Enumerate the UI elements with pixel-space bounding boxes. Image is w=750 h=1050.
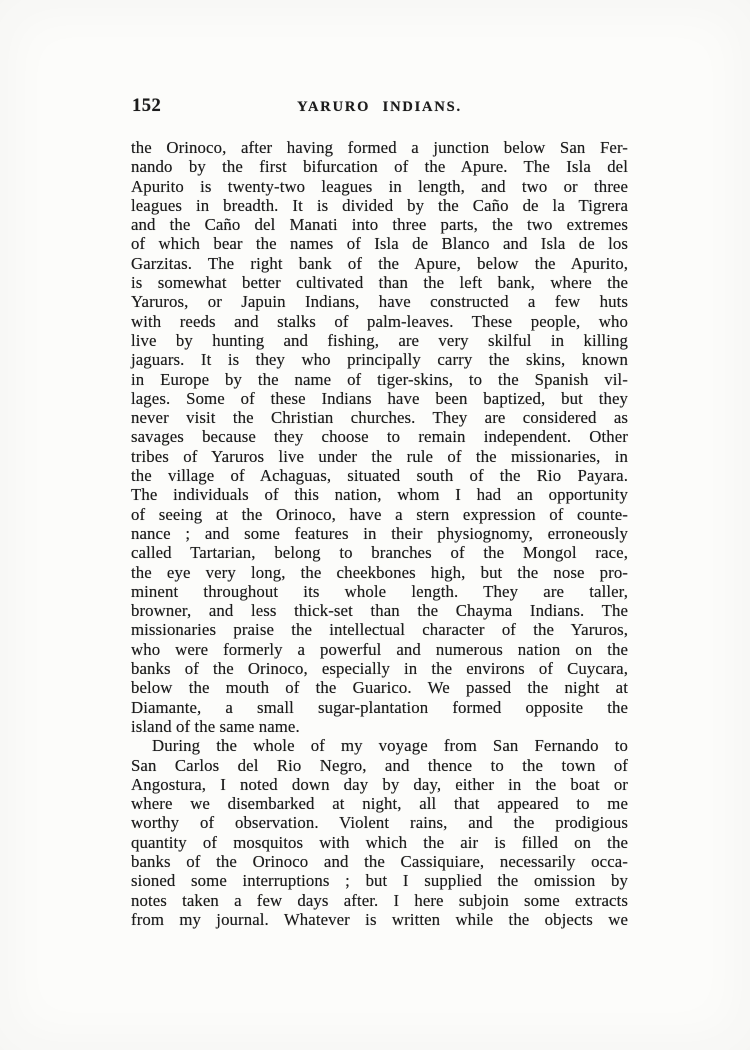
text-line: of which bear the names of Isla de Blanc… xyxy=(131,234,628,253)
text-line: The individuals of this nation, whom I h… xyxy=(131,485,628,504)
text-line: browner, and less thick-set than the Cha… xyxy=(131,601,628,620)
text-line: is somewhat better cultivated than the l… xyxy=(131,273,628,292)
paragraph: the Orinoco, after having formed a junct… xyxy=(131,138,628,736)
text-line: Garzitas. The right bank of the Apure, b… xyxy=(131,254,628,273)
text-line: nance ; and some features in their physi… xyxy=(131,524,628,543)
text-line: in Europe by the name of tiger-skins, to… xyxy=(131,370,628,389)
text-line: who were formerly a powerful and numerou… xyxy=(131,640,628,659)
text-line: sioned some interruptions ; but I suppli… xyxy=(131,871,628,890)
text-line: called Tartarian, belong to branches of … xyxy=(131,543,628,562)
text-line: missionaries praise the intellectual cha… xyxy=(131,620,628,639)
text-line: tribes of Yaruros live under the rule of… xyxy=(131,447,628,466)
running-header: YARURO INDIANS. xyxy=(131,96,628,116)
text-line: the village of Achaguas, situated south … xyxy=(131,466,628,485)
text-line: banks of the Orinoco, especially in the … xyxy=(131,659,628,678)
text-line: nando by the first bifurcation of the Ap… xyxy=(131,157,628,176)
paragraph: During the whole of my voyage from San F… xyxy=(131,736,628,929)
text-line: Diamante, a small sugar-plantation forme… xyxy=(131,698,628,717)
text-line: worthy of observation. Violent rains, an… xyxy=(131,813,628,832)
text-line: lages. Some of these Indians have been b… xyxy=(131,389,628,408)
text-line: of seeing at the Orinoco, have a stern e… xyxy=(131,505,628,524)
page-text-block: the Orinoco, after having formed a junct… xyxy=(131,138,628,929)
text-line: Angostura, I noted down day by day, eith… xyxy=(131,775,628,794)
text-line: San Carlos del Rio Negro, and thence to … xyxy=(131,756,628,775)
text-line: notes taken a few days after. I here sub… xyxy=(131,891,628,910)
text-line: the Orinoco, after having formed a junct… xyxy=(131,138,628,157)
page-number: 152 xyxy=(132,96,161,117)
text-line: with reeds and stalks of palm-leaves. Th… xyxy=(131,312,628,331)
text-line: never visit the Christian churches. They… xyxy=(131,408,628,427)
text-line: savages because they choose to remain in… xyxy=(131,427,628,446)
text-line: During the whole of my voyage from San F… xyxy=(131,736,628,755)
page-header: 152 YARURO INDIANS. xyxy=(131,96,628,118)
text-line: and the Caño del Manati into three parts… xyxy=(131,215,628,234)
text-line: leagues in breadth. It is divided by the… xyxy=(131,196,628,215)
text-line: Apurito is twenty-two leagues in length,… xyxy=(131,177,628,196)
text-line: quantity of mosquitos with which the air… xyxy=(131,833,628,852)
text-line: live by hunting and fishing, are very sk… xyxy=(131,331,628,350)
text-line: island of the same name. xyxy=(131,717,628,736)
text-line: from my journal. Whatever is written whi… xyxy=(131,910,628,929)
text-line: jaguars. It is they who principally carr… xyxy=(131,350,628,369)
text-line: Yaruros, or Japuin Indians, have constru… xyxy=(131,292,628,311)
text-line: the eye very long, the cheekbones high, … xyxy=(131,563,628,582)
text-line: banks of the Orinoco and the Cassiquiare… xyxy=(131,852,628,871)
text-line: where we disembarked at night, all that … xyxy=(131,794,628,813)
text-line: below the mouth of the Guarico. We passe… xyxy=(131,678,628,697)
book-page: 152 YARURO INDIANS. the Orinoco, after h… xyxy=(0,0,750,1050)
text-line: minent throughout its whole length. They… xyxy=(131,582,628,601)
